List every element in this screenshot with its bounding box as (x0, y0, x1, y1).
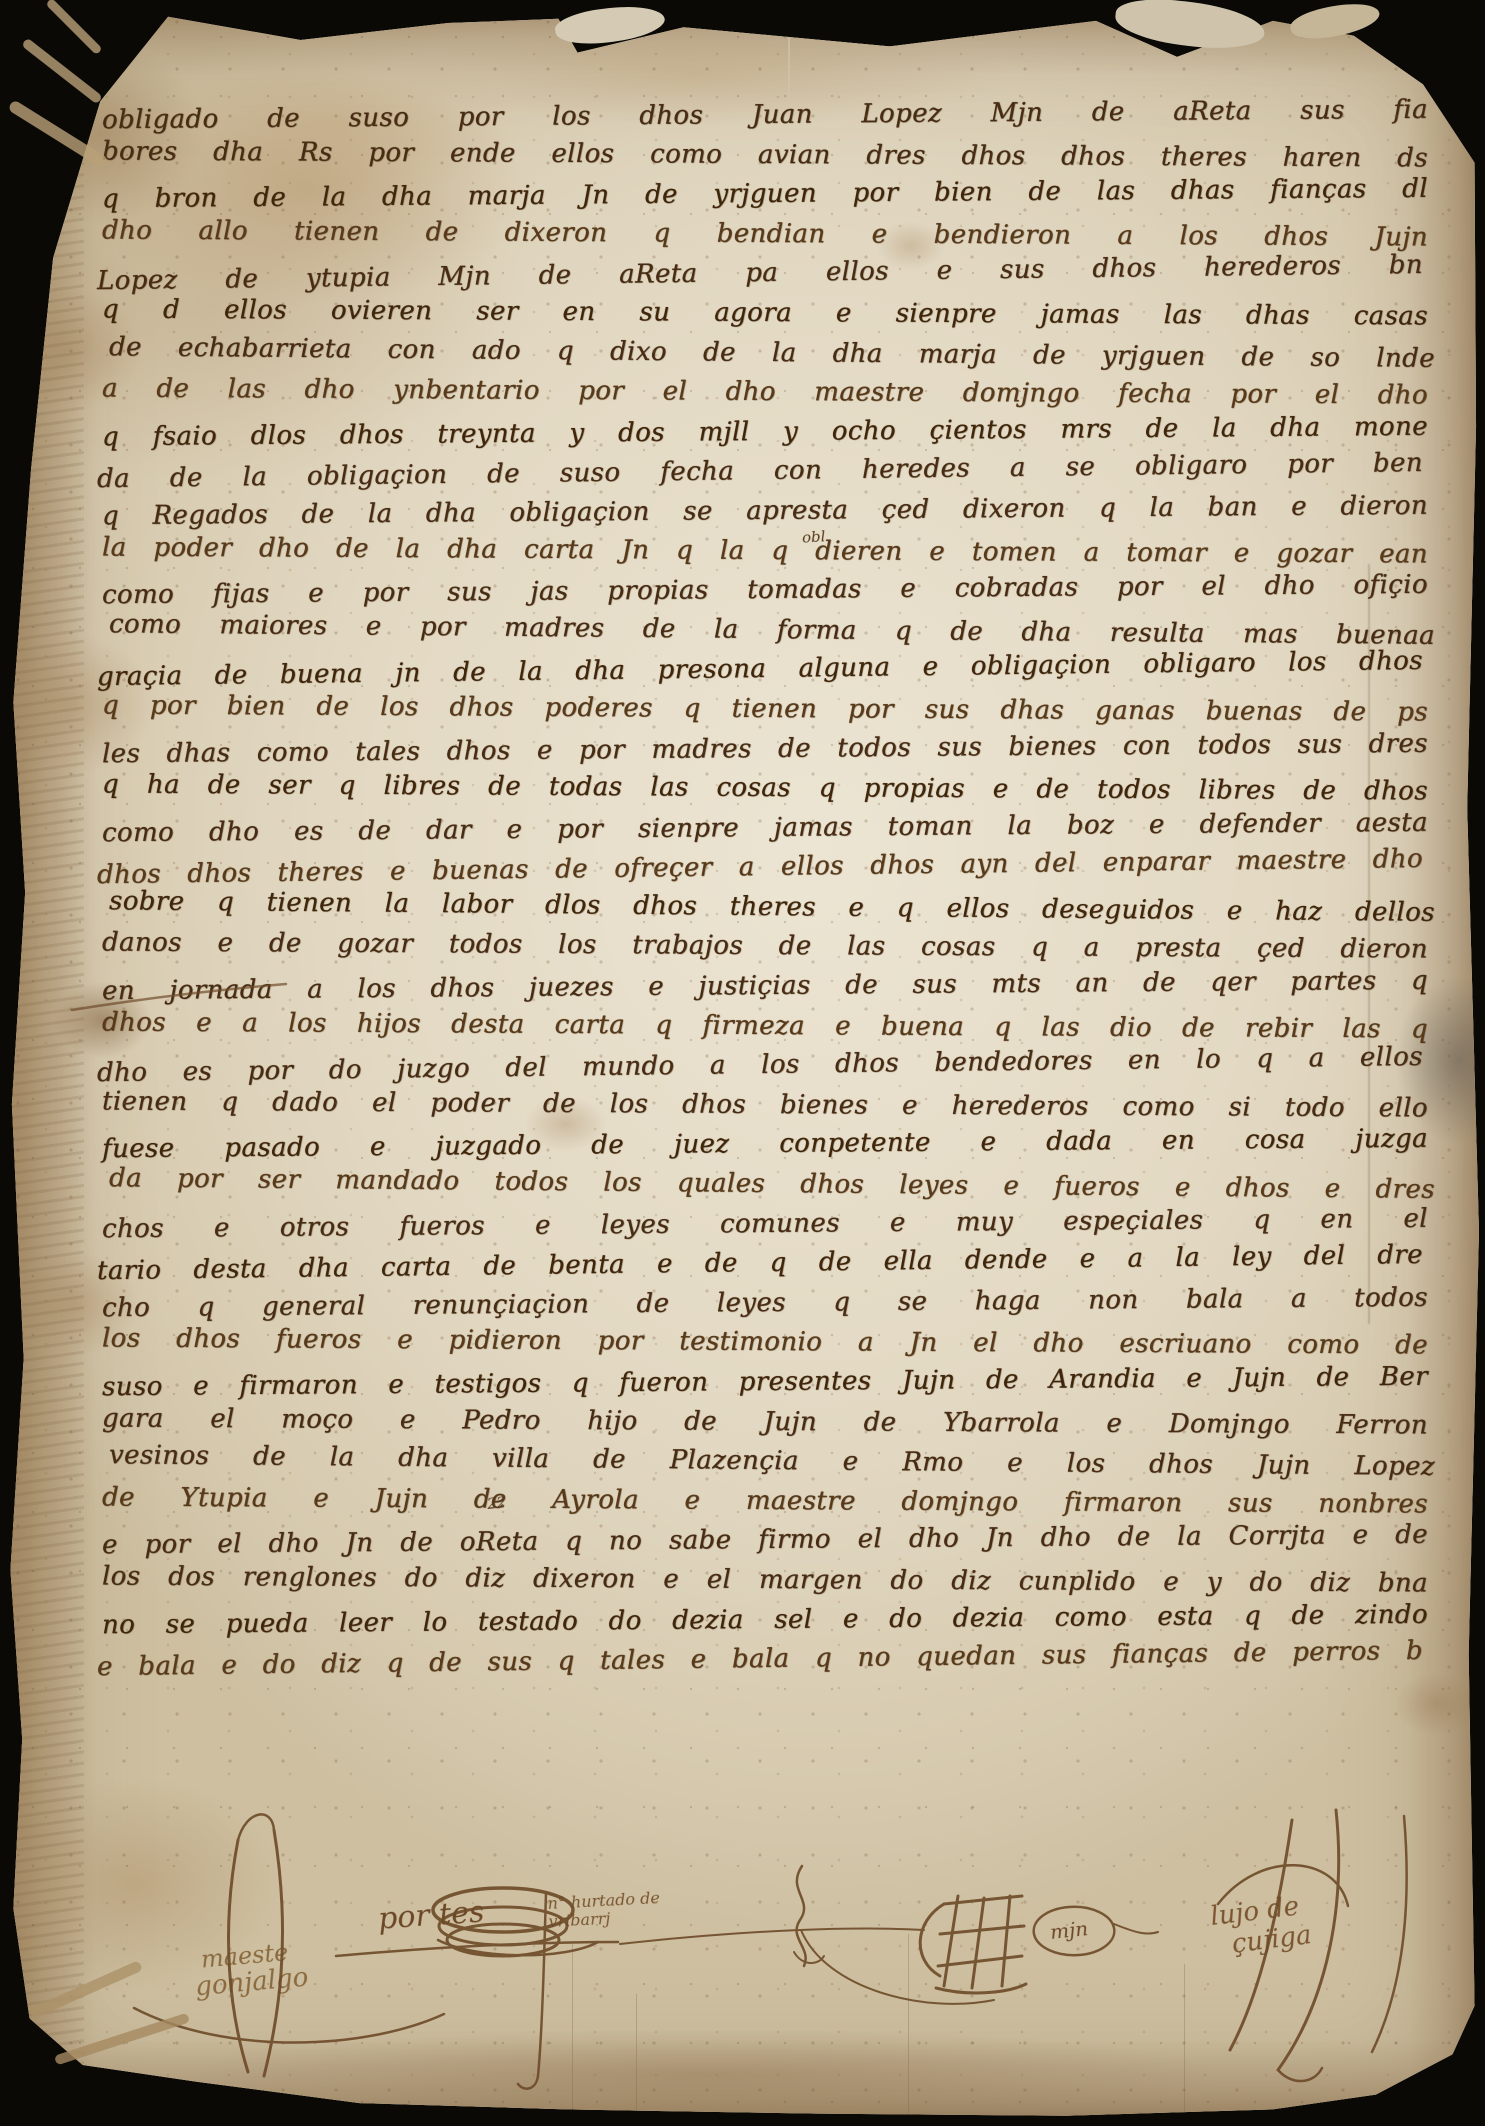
manuscript-scan: obligado de suso por los dhos Juan Lopez… (0, 0, 1485, 2126)
witness-label: por tes (377, 1894, 486, 1936)
manuscript-page: obligado de suso por los dhos Juan Lopez… (6, 4, 1479, 2120)
manuscript-text: obligado de suso por los dhos Juan Lopez… (102, 96, 1428, 1680)
edge-fiber (45, 0, 102, 55)
fold-crease (636, 1994, 637, 2120)
fold-crease (572, 1944, 573, 2114)
binding-frayed-edge (6, 4, 84, 2120)
signature-notary: n° hurtado de vribarrj (547, 1889, 661, 1931)
fold-crease (908, 1934, 909, 2120)
signature-right: lujo de çujiga (1209, 1890, 1313, 1961)
fold-crease (1184, 1964, 1185, 2120)
signature-left: maeste gonjalgo (200, 1938, 310, 2001)
rubric-caption: mjn (1049, 1916, 1089, 1944)
interlinear-note: obl (801, 527, 826, 547)
signature-notary-line2: vribarrj (548, 1907, 661, 1931)
paper-scratch (788, 4, 790, 99)
signature-left-line2: gonjalgo (194, 1964, 309, 2001)
interlinear-note: 22 (486, 1493, 507, 1513)
